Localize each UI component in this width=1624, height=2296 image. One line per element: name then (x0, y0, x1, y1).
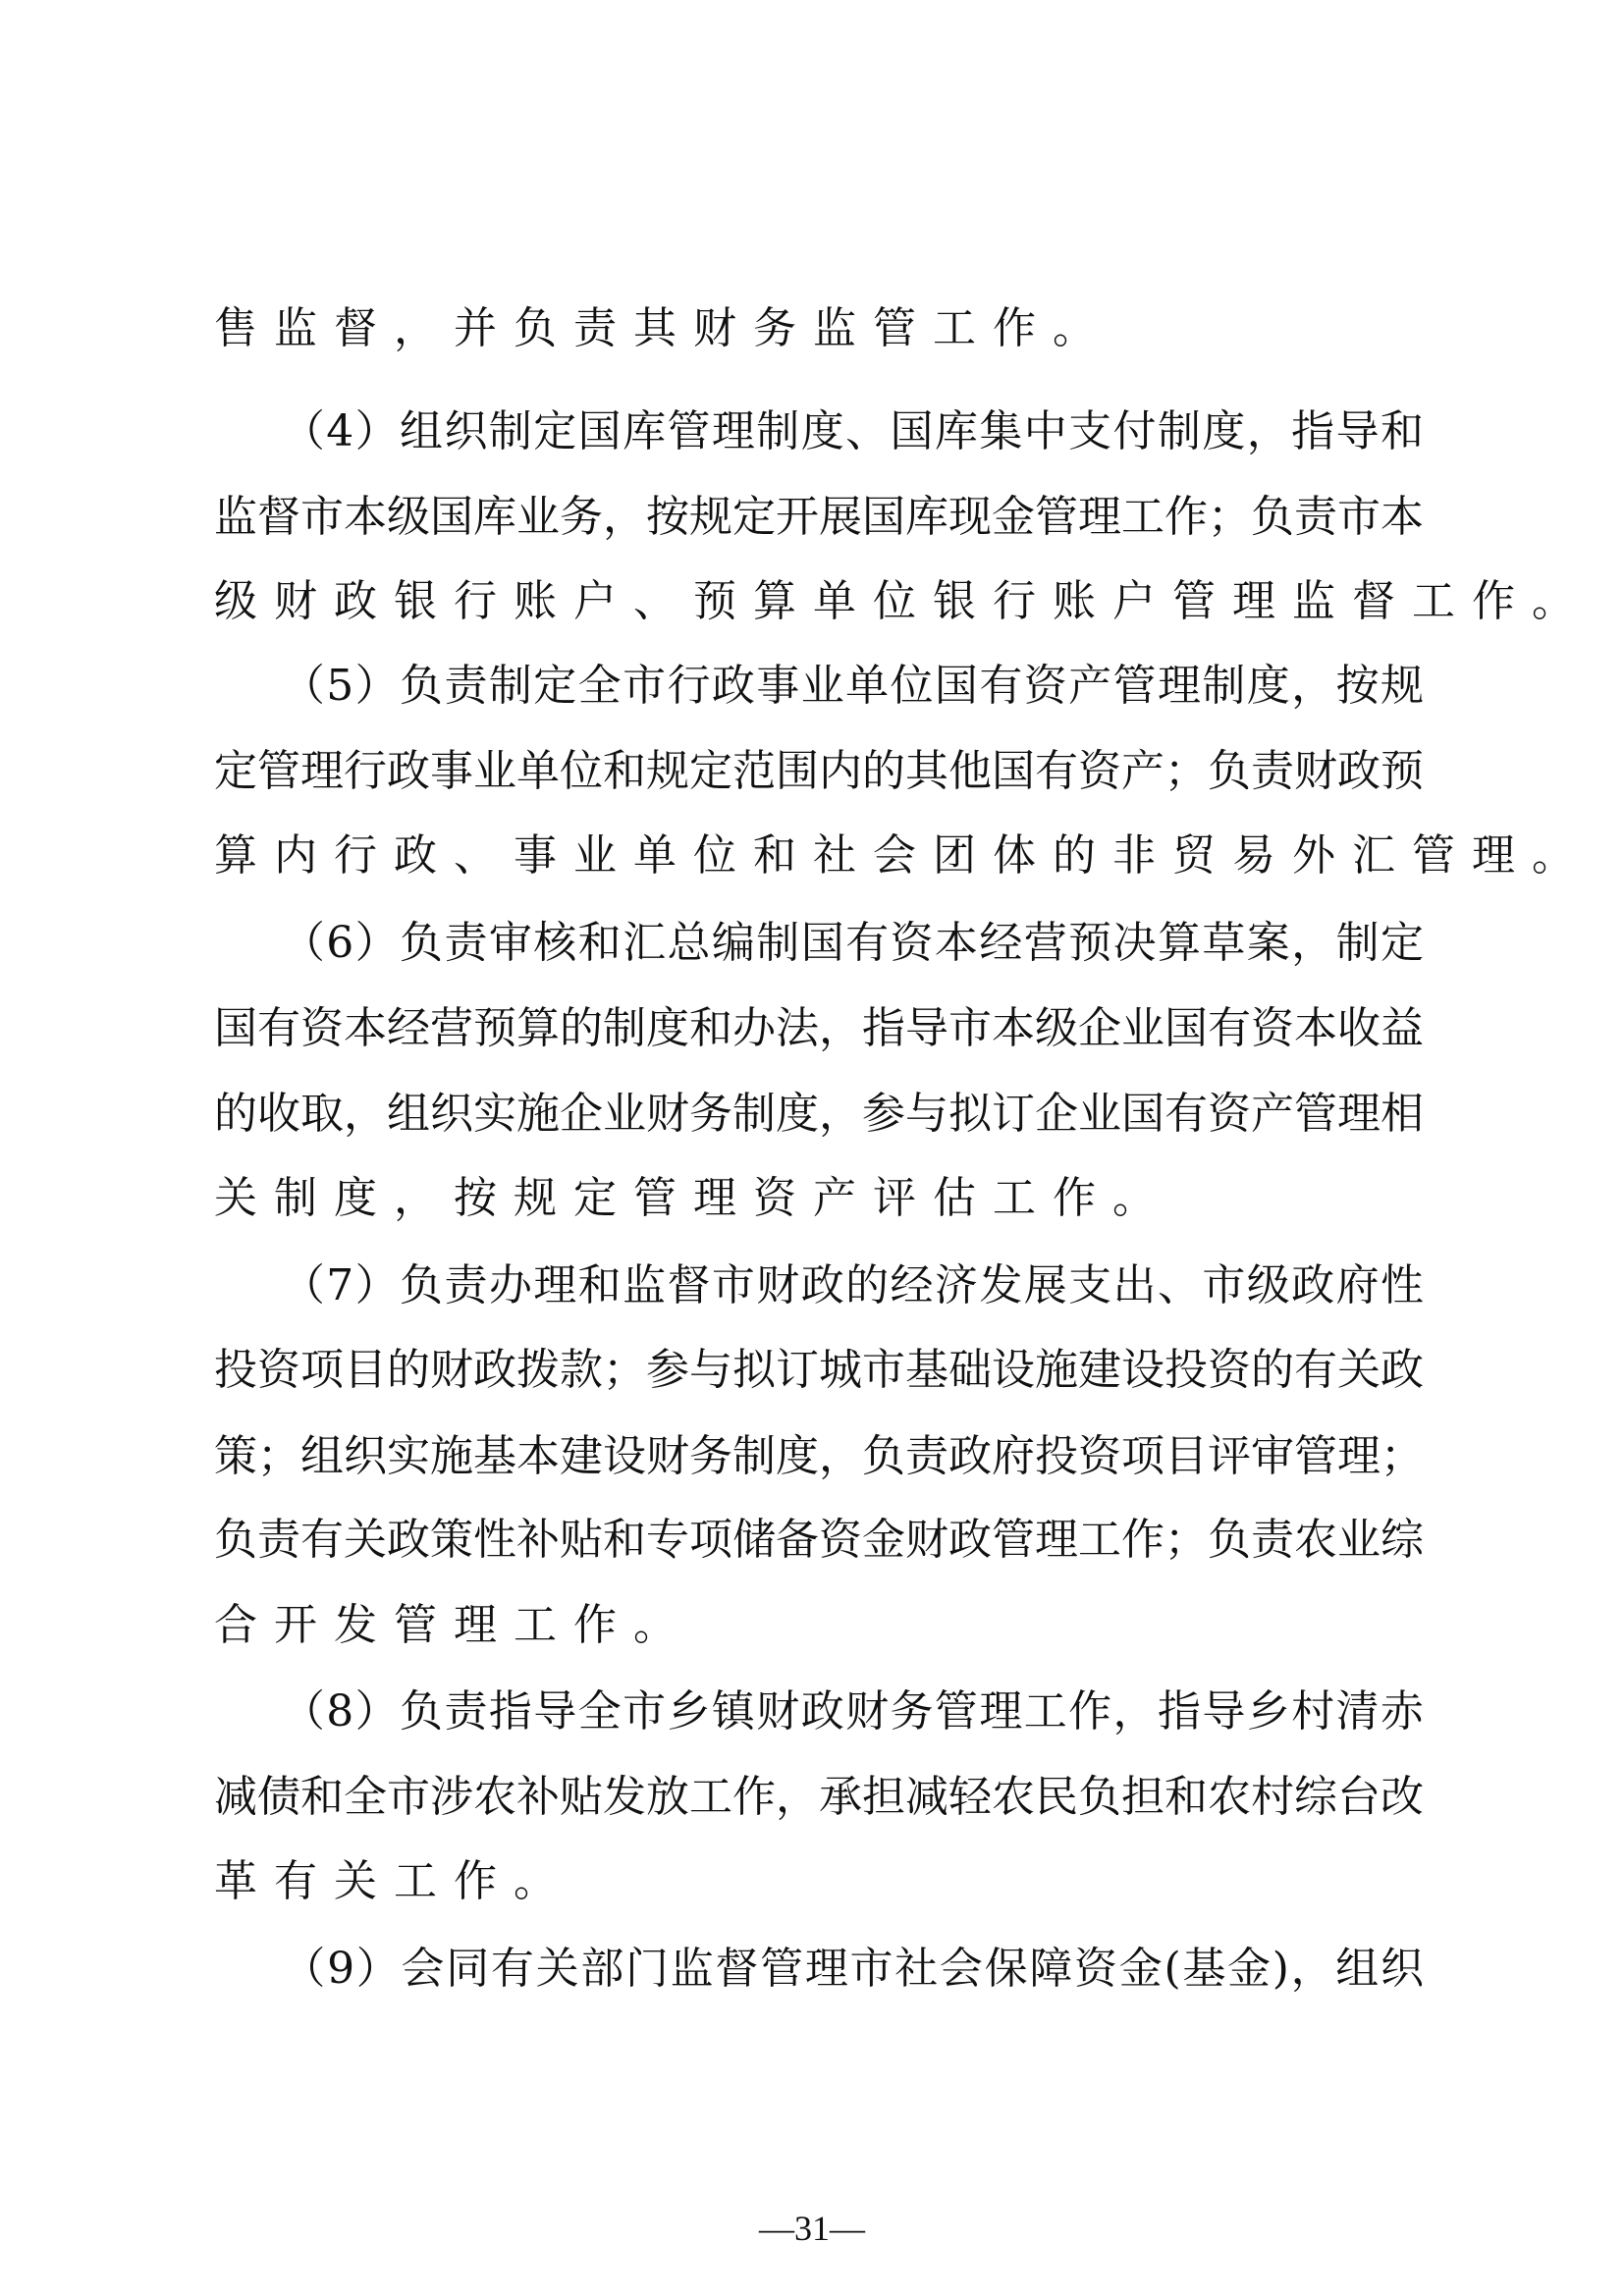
text-line: （8）负责指导全市乡镇财政财务管理工作，指导乡村清赤 (214, 1678, 1424, 1746)
text-line: （5）负责制定全市行政事业单位国有资产管理制度，按规 (214, 652, 1424, 721)
text-line: （9）会同有关部门监督管理市社会保障资金(基金)，组织 (214, 1935, 1424, 2003)
text-line: 负责有关政策性补贴和专项储备资金财政管理工作；负责农业综 (214, 1506, 1424, 1575)
text-line: 国有资本经营预算的制度和办法，指导市本级企业国有资本收益 (214, 994, 1424, 1063)
text-line: 投资项目的财政拨款；参与拟订城市基础设施建设投资的有关政 (214, 1336, 1424, 1405)
text-line: 监督市本级国库业务，按规定开展国库现金管理工作；负责市本 (214, 483, 1424, 552)
text-line: （4）组织制定国库管理制度、国库集中支付制度，指导和 (214, 398, 1424, 466)
page-number: —31— (0, 2209, 1624, 2248)
text-line: 策；组织实施基本建设财务制度，负责政府投资项目评审管理； (214, 1422, 1424, 1491)
text-line: 减债和全市涉农补贴发放工作，承担减轻农民负担和农村综台改 (214, 1763, 1424, 1832)
text-line: （7）负责办理和监督市财政的经济发展支出、市级政府性 (214, 1252, 1424, 1320)
text-line: 合开发管理工作。 (214, 1591, 1424, 1660)
text-line: 算内行政、事业单位和社会团体的非贸易外汇管理。 (214, 822, 1424, 890)
text-line: 售监督，并负责其财务监管工作。 (214, 294, 1424, 363)
text-line: 关制度，按规定管理资产评估工作。 (214, 1164, 1424, 1233)
text-line: 的收取，组织实施企业财务制度，参与拟订企业国有资产管理相 (214, 1080, 1424, 1148)
text-line: 定管理行政事业单位和规定范围内的其他国有资产；负责财政预 (214, 737, 1424, 806)
text-line: 级财政银行账户、预算单位银行账户管理监督工作。 (214, 567, 1424, 636)
text-line: （6）负责审核和汇总编制国有资本经营预决算草案，制定 (214, 909, 1424, 978)
document-page: 售监督，并负责其财务监管工作。 （4）组织制定国库管理制度、国库集中支付制度，指… (0, 0, 1624, 2296)
text-line: 革有关工作。 (214, 1847, 1424, 1916)
